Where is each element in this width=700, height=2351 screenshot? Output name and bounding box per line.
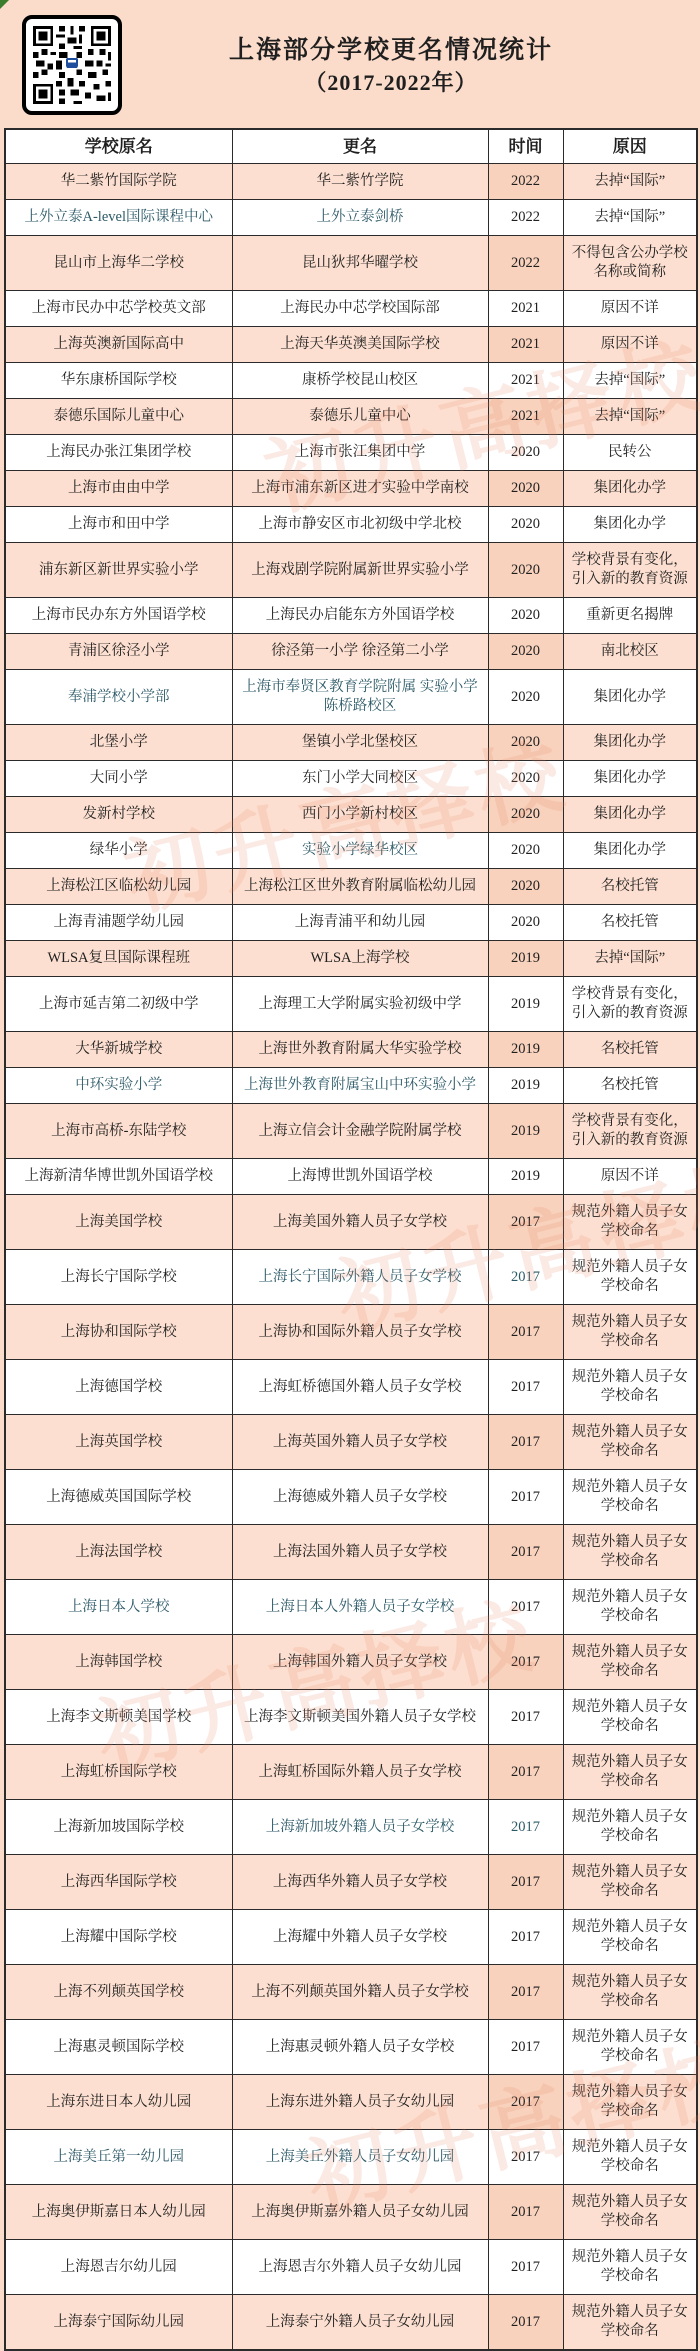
new-cell: 泰德乐儿童中心 [232,399,488,435]
table-row: 上海奥伊斯嘉日本人幼儿园上海奥伊斯嘉外籍人员子女幼儿园2017规范外籍人员子女学… [5,2185,697,2240]
qr-shield-logo [66,58,78,68]
orig-cell: 华二紫竹国际学院 [5,164,232,200]
page-header: 上海部分学校更名情况统计 （2017-2022年） [0,0,700,128]
year-cell: 2017 [488,2240,563,2295]
table-row: 上海市由由中学上海市浦东新区进才实验中学南校2020集团化办学 [5,471,697,507]
table-row: 绿华小学实验小学绿华校区2020集团化办学 [5,833,697,869]
reason-cell: 学校背景有变化，引入新的教育资源 [563,1104,697,1159]
reason-cell: 规范外籍人员子女学校命名 [563,1470,697,1525]
year-cell: 2019 [488,1104,563,1159]
new-cell: 上海不列颠英国外籍人员子女学校 [232,1965,488,2020]
orig-cell: 上海民办张江集团学校 [5,435,232,471]
table-row: 上海市和田中学上海市静安区市北初级中学北校2020集团化办学 [5,507,697,543]
new-cell: 上海市浦东新区进才实验中学南校 [232,471,488,507]
new-cell: 上海世外教育附属宝山中环实验小学 [232,1068,488,1104]
reason-cell: 规范外籍人员子女学校命名 [563,1965,697,2020]
reason-cell: 集团化办学 [563,670,697,725]
orig-cell: 上海虹桥国际学校 [5,1745,232,1800]
new-cell: 上海青浦平和幼儿园 [232,905,488,941]
reason-cell: 重新更名揭牌 [563,598,697,634]
orig-cell: 中环实验小学 [5,1068,232,1104]
table-row: 上海李文斯顿美国学校上海李文斯顿美国外籍人员子女学校2017规范外籍人员子女学校… [5,1690,697,1745]
reason-cell: 规范外籍人员子女学校命名 [563,2240,697,2295]
orig-cell: 上海市高桥-东陆学校 [5,1104,232,1159]
orig-cell: 绿华小学 [5,833,232,869]
new-cell: 上海新加坡外籍人员子女学校 [232,1800,488,1855]
reason-cell: 规范外籍人员子女学校命名 [563,2020,697,2075]
orig-cell: 青浦区徐泾小学 [5,634,232,670]
orig-cell: WLSA复旦国际课程班 [5,941,232,977]
reason-cell: 集团化办学 [563,471,697,507]
table-row: 上海泰宁国际幼儿园上海泰宁外籍人员子女幼儿园2017规范外籍人员子女学校命名 [5,2295,697,2351]
orig-cell: 上海东进日本人幼儿园 [5,2075,232,2130]
reason-cell: 原因不详 [563,327,697,363]
table-row: 上海德国学校上海虹桥德国外籍人员子女学校2017规范外籍人员子女学校命名 [5,1360,697,1415]
reason-cell: 规范外籍人员子女学校命名 [563,2185,697,2240]
reason-cell: 学校背景有变化，引入新的教育资源 [563,543,697,598]
reason-cell: 规范外籍人员子女学校命名 [563,2295,697,2351]
reason-cell: 原因不详 [563,291,697,327]
new-cell: 华二紫竹学院 [232,164,488,200]
reason-cell: 规范外籍人员子女学校命名 [563,1250,697,1305]
year-cell: 2021 [488,363,563,399]
reason-cell: 集团化办学 [563,833,697,869]
orig-cell: 上海市和田中学 [5,507,232,543]
rename-table: 学校原名 更名 时间 原因 华二紫竹国际学院华二紫竹学院2022去掉“国际”上外… [4,128,698,2351]
orig-cell: 上外立泰A-level国际课程中心 [5,200,232,236]
new-cell: 上海戏剧学院附属新世界实验小学 [232,543,488,598]
new-cell: 上海美丘外籍人员子女幼儿园 [232,2130,488,2185]
orig-cell: 上海新清华博世凯外国语学校 [5,1159,232,1195]
table-row: 上海英国学校上海英国外籍人员子女学校2017规范外籍人员子女学校命名 [5,1415,697,1470]
orig-cell: 上海李文斯顿美国学校 [5,1690,232,1745]
year-cell: 2017 [488,1965,563,2020]
year-cell: 2020 [488,507,563,543]
year-cell: 2017 [488,1250,563,1305]
table-row: 中环实验小学上海世外教育附属宝山中环实验小学2019名校托管 [5,1068,697,1104]
new-cell: 上海德威外籍人员子女学校 [232,1470,488,1525]
new-cell: 上海协和国际外籍人员子女学校 [232,1305,488,1360]
orig-cell: 上海恩吉尔幼儿园 [5,2240,232,2295]
orig-cell: 昆山市上海华二学校 [5,236,232,291]
year-cell: 2020 [488,869,563,905]
table-row: 上海青浦题学幼儿园上海青浦平和幼儿园2020名校托管 [5,905,697,941]
table-row: 上海市民办中芯学校英文部上海民办中芯学校国际部2021原因不详 [5,291,697,327]
reason-cell: 去掉“国际” [563,399,697,435]
year-cell: 2020 [488,797,563,833]
reason-cell: 规范外籍人员子女学校命名 [563,1635,697,1690]
orig-cell: 浦东新区新世界实验小学 [5,543,232,598]
year-cell: 2020 [488,670,563,725]
new-cell: 上海惠灵顿外籍人员子女学校 [232,2020,488,2075]
reason-cell: 规范外籍人员子女学校命名 [563,1690,697,1745]
table-row: 大同小学东门小学大同校区2020集团化办学 [5,761,697,797]
orig-cell: 发新村学校 [5,797,232,833]
col-header-year: 时间 [488,129,563,164]
orig-cell: 上海松江区临松幼儿园 [5,869,232,905]
new-cell: 上海法国外籍人员子女学校 [232,1525,488,1580]
reason-cell: 去掉“国际” [563,164,697,200]
reason-cell: 规范外籍人员子女学校命名 [563,1415,697,1470]
reason-cell: 规范外籍人员子女学校命名 [563,1195,697,1250]
title-block: 上海部分学校更名情况统计 （2017-2022年） [122,33,690,98]
new-cell: 上海松江区世外教育附属临松幼儿园 [232,869,488,905]
table-row: 上海法国学校上海法国外籍人员子女学校2017规范外籍人员子女学校命名 [5,1525,697,1580]
reason-cell: 名校托管 [563,869,697,905]
new-cell: 上海日本人外籍人员子女学校 [232,1580,488,1635]
orig-cell: 上海协和国际学校 [5,1305,232,1360]
col-header-original-name: 学校原名 [5,129,232,164]
year-cell: 2020 [488,634,563,670]
reason-cell: 学校背景有变化，引入新的教育资源 [563,977,697,1032]
orig-cell: 上海长宁国际学校 [5,1250,232,1305]
new-cell: 上海东进外籍人员子女幼儿园 [232,2075,488,2130]
year-cell: 2021 [488,399,563,435]
orig-cell: 上海市由由中学 [5,471,232,507]
year-cell: 2020 [488,543,563,598]
year-cell: 2017 [488,1360,563,1415]
new-cell: 上外立泰剑桥 [232,200,488,236]
table-row: 华东康桥国际学校康桥学校昆山校区2021去掉“国际” [5,363,697,399]
qr-code-icon [30,23,114,107]
corner-fold-mark [0,0,9,9]
orig-cell: 上海惠灵顿国际学校 [5,2020,232,2075]
table-row: 上海长宁国际学校上海长宁国际外籍人员子女学校2017规范外籍人员子女学校命名 [5,1250,697,1305]
table-row: 上海德威英国国际学校上海德威外籍人员子女学校2017规范外籍人员子女学校命名 [5,1470,697,1525]
table-row: WLSA复旦国际课程班WLSA上海学校2019去掉“国际” [5,941,697,977]
year-cell: 2019 [488,1068,563,1104]
reason-cell: 规范外籍人员子女学校命名 [563,1360,697,1415]
table-row: 大华新城学校上海世外教育附属大华实验学校2019名校托管 [5,1032,697,1068]
year-cell: 2017 [488,2295,563,2351]
table-row: 上海耀中国际学校上海耀中外籍人员子女学校2017规范外籍人员子女学校命名 [5,1910,697,1965]
orig-cell: 上海美丘第一幼儿园 [5,2130,232,2185]
table-row: 青浦区徐泾小学徐泾第一小学 徐泾第二小学2020南北校区 [5,634,697,670]
year-cell: 2017 [488,2075,563,2130]
orig-cell: 上海市延吉第二初级中学 [5,977,232,1032]
table-row: 上海不列颠英国学校上海不列颠英国外籍人员子女学校2017规范外籍人员子女学校命名 [5,1965,697,2020]
orig-cell: 上海西华国际学校 [5,1855,232,1910]
year-cell: 2017 [488,1745,563,1800]
reason-cell: 集团化办学 [563,797,697,833]
orig-cell: 上海市民办中芯学校英文部 [5,291,232,327]
table-row: 浦东新区新世界实验小学上海戏剧学院附属新世界实验小学2020学校背景有变化，引入… [5,543,697,598]
new-cell: 康桥学校昆山校区 [232,363,488,399]
orig-cell: 大华新城学校 [5,1032,232,1068]
reason-cell: 原因不详 [563,1159,697,1195]
orig-cell: 大同小学 [5,761,232,797]
orig-cell: 上海市民办东方外国语学校 [5,598,232,634]
table-row: 上海美丘第一幼儿园上海美丘外籍人员子女幼儿园2017规范外籍人员子女学校命名 [5,2130,697,2185]
reason-cell: 集团化办学 [563,761,697,797]
orig-cell: 上海英国学校 [5,1415,232,1470]
new-cell: 东门小学大同校区 [232,761,488,797]
table-row: 上海恩吉尔幼儿园上海恩吉尔外籍人员子女幼儿园2017规范外籍人员子女学校命名 [5,2240,697,2295]
table-header: 学校原名 更名 时间 原因 [5,129,697,164]
col-header-reason: 原因 [563,129,697,164]
reason-cell: 去掉“国际” [563,200,697,236]
year-cell: 2017 [488,1855,563,1910]
year-cell: 2017 [488,1910,563,1965]
year-cell: 2020 [488,598,563,634]
new-cell: 上海恩吉尔外籍人员子女幼儿园 [232,2240,488,2295]
reason-cell: 不得包含公办学校名称或简称 [563,236,697,291]
reason-cell: 规范外籍人员子女学校命名 [563,1745,697,1800]
year-cell: 2017 [488,1635,563,1690]
reason-cell: 民转公 [563,435,697,471]
reason-cell: 名校托管 [563,1032,697,1068]
new-cell: 上海天华英澳美国际学校 [232,327,488,363]
table-row: 上海市高桥-东陆学校上海立信会计金融学院附属学校2019学校背景有变化，引入新的… [5,1104,697,1159]
col-header-new-name: 更名 [232,129,488,164]
year-cell: 2020 [488,471,563,507]
reason-cell: 规范外籍人员子女学校命名 [563,1910,697,1965]
reason-cell: 集团化办学 [563,507,697,543]
reason-cell: 去掉“国际” [563,941,697,977]
table-row: 上海美国学校上海美国外籍人员子女学校2017规范外籍人员子女学校命名 [5,1195,697,1250]
orig-cell: 上海泰宁国际幼儿园 [5,2295,232,2351]
table-row: 奉浦学校小学部上海市奉贤区教育学院附属 实验小学陈桥路校区2020集团化办学 [5,670,697,725]
year-cell: 2017 [488,1305,563,1360]
new-cell: 上海民办启能东方外国语学校 [232,598,488,634]
new-cell: 西门小学新村校区 [232,797,488,833]
new-cell: WLSA上海学校 [232,941,488,977]
year-cell: 2020 [488,833,563,869]
year-cell: 2021 [488,291,563,327]
reason-cell: 规范外籍人员子女学校命名 [563,1855,697,1910]
year-cell: 2019 [488,1159,563,1195]
orig-cell: 上海青浦题学幼儿园 [5,905,232,941]
reason-cell: 规范外籍人员子女学校命名 [563,1580,697,1635]
orig-cell: 上海英澳新国际高中 [5,327,232,363]
orig-cell: 华东康桥国际学校 [5,363,232,399]
year-cell: 2017 [488,2130,563,2185]
new-cell: 徐泾第一小学 徐泾第二小学 [232,634,488,670]
year-cell: 2020 [488,435,563,471]
table-row: 上海新清华博世凯外国语学校上海博世凯外国语学校2019原因不详 [5,1159,697,1195]
table-row: 上海市延吉第二初级中学上海理工大学附属实验初级中学2019学校背景有变化，引入新… [5,977,697,1032]
new-cell: 实验小学绿华校区 [232,833,488,869]
new-cell: 上海西华外籍人员子女学校 [232,1855,488,1910]
table-row: 上海市民办东方外国语学校上海民办启能东方外国语学校2020重新更名揭牌 [5,598,697,634]
year-cell: 2019 [488,977,563,1032]
reason-cell: 规范外籍人员子女学校命名 [563,1525,697,1580]
new-cell: 上海虹桥国际外籍人员子女学校 [232,1745,488,1800]
year-cell: 2017 [488,1525,563,1580]
new-cell: 上海博世凯外国语学校 [232,1159,488,1195]
table-row: 华二紫竹国际学院华二紫竹学院2022去掉“国际” [5,164,697,200]
orig-cell: 上海韩国学校 [5,1635,232,1690]
new-cell: 上海长宁国际外籍人员子女学校 [232,1250,488,1305]
new-cell: 上海理工大学附属实验初级中学 [232,977,488,1032]
orig-cell: 泰德乐国际儿童中心 [5,399,232,435]
reason-cell: 名校托管 [563,905,697,941]
reason-cell: 名校托管 [563,1068,697,1104]
new-cell: 堡镇小学北堡校区 [232,725,488,761]
orig-cell: 上海美国学校 [5,1195,232,1250]
year-cell: 2019 [488,941,563,977]
new-cell: 上海市张江集团中学 [232,435,488,471]
new-cell: 上海耀中外籍人员子女学校 [232,1910,488,1965]
reason-cell: 规范外籍人员子女学校命名 [563,2130,697,2185]
year-cell: 2021 [488,327,563,363]
table-row: 上海惠灵顿国际学校上海惠灵顿外籍人员子女学校2017规范外籍人员子女学校命名 [5,2020,697,2075]
table-row: 上海松江区临松幼儿园上海松江区世外教育附属临松幼儿园2020名校托管 [5,869,697,905]
year-cell: 2020 [488,725,563,761]
reason-cell: 规范外籍人员子女学校命名 [563,1800,697,1855]
year-cell: 2017 [488,1690,563,1745]
orig-cell: 上海新加坡国际学校 [5,1800,232,1855]
reason-cell: 规范外籍人员子女学校命名 [563,1305,697,1360]
new-cell: 上海奥伊斯嘉外籍人员子女幼儿园 [232,2185,488,2240]
table-row: 上海东进日本人幼儿园上海东进外籍人员子女幼儿园2017规范外籍人员子女学校命名 [5,2075,697,2130]
new-cell: 上海韩国外籍人员子女学校 [232,1635,488,1690]
new-cell: 上海李文斯顿美国外籍人员子女学校 [232,1690,488,1745]
year-cell: 2020 [488,905,563,941]
year-cell: 2017 [488,1470,563,1525]
orig-cell: 上海日本人学校 [5,1580,232,1635]
table-header-row: 学校原名 更名 时间 原因 [5,129,697,164]
year-cell: 2017 [488,2020,563,2075]
table-body: 华二紫竹国际学院华二紫竹学院2022去掉“国际”上外立泰A-level国际课程中… [5,164,697,2351]
table-row: 上海民办张江集团学校上海市张江集团中学2020民转公 [5,435,697,471]
page-title: 上海部分学校更名情况统计 [122,33,660,69]
year-cell: 2020 [488,761,563,797]
new-cell: 昆山狄邦华曜学校 [232,236,488,291]
table-row: 上外立泰A-level国际课程中心上外立泰剑桥2022去掉“国际” [5,200,697,236]
orig-cell: 奉浦学校小学部 [5,670,232,725]
year-cell: 2017 [488,2185,563,2240]
year-cell: 2022 [488,236,563,291]
page-subtitle: （2017-2022年） [122,69,660,98]
new-cell: 上海英国外籍人员子女学校 [232,1415,488,1470]
new-cell: 上海泰宁外籍人员子女幼儿园 [232,2295,488,2351]
table-row: 上海英澳新国际高中上海天华英澳美国际学校2021原因不详 [5,327,697,363]
table-row: 上海日本人学校上海日本人外籍人员子女学校2017规范外籍人员子女学校命名 [5,1580,697,1635]
year-cell: 2017 [488,1580,563,1635]
year-cell: 2017 [488,1195,563,1250]
year-cell: 2022 [488,164,563,200]
new-cell: 上海立信会计金融学院附属学校 [232,1104,488,1159]
table-row: 上海西华国际学校上海西华外籍人员子女学校2017规范外籍人员子女学校命名 [5,1855,697,1910]
reason-cell: 规范外籍人员子女学校命名 [563,2075,697,2130]
orig-cell: 上海德威英国国际学校 [5,1470,232,1525]
new-cell: 上海美国外籍人员子女学校 [232,1195,488,1250]
orig-cell: 上海不列颠英国学校 [5,1965,232,2020]
reason-cell: 去掉“国际” [563,363,697,399]
table-row: 北堡小学堡镇小学北堡校区2020集团化办学 [5,725,697,761]
new-cell: 上海虹桥德国外籍人员子女学校 [232,1360,488,1415]
qr-code [22,15,122,115]
table-row: 上海协和国际学校上海协和国际外籍人员子女学校2017规范外籍人员子女学校命名 [5,1305,697,1360]
new-cell: 上海市静安区市北初级中学北校 [232,507,488,543]
orig-cell: 上海奥伊斯嘉日本人幼儿园 [5,2185,232,2240]
year-cell: 2022 [488,200,563,236]
table-row: 上海韩国学校上海韩国外籍人员子女学校2017规范外籍人员子女学校命名 [5,1635,697,1690]
table-row: 发新村学校西门小学新村校区2020集团化办学 [5,797,697,833]
orig-cell: 北堡小学 [5,725,232,761]
new-cell: 上海市奉贤区教育学院附属 实验小学陈桥路校区 [232,670,488,725]
table-row: 泰德乐国际儿童中心泰德乐儿童中心2021去掉“国际” [5,399,697,435]
new-cell: 上海民办中芯学校国际部 [232,291,488,327]
reason-cell: 集团化办学 [563,725,697,761]
orig-cell: 上海法国学校 [5,1525,232,1580]
reason-cell: 南北校区 [563,634,697,670]
year-cell: 2017 [488,1800,563,1855]
table-row: 上海新加坡国际学校上海新加坡外籍人员子女学校2017规范外籍人员子女学校命名 [5,1800,697,1855]
year-cell: 2017 [488,1415,563,1470]
table-row: 昆山市上海华二学校昆山狄邦华曜学校2022不得包含公办学校名称或简称 [5,236,697,291]
new-cell: 上海世外教育附属大华实验学校 [232,1032,488,1068]
year-cell: 2019 [488,1032,563,1068]
orig-cell: 上海德国学校 [5,1360,232,1415]
table-row: 上海虹桥国际学校上海虹桥国际外籍人员子女学校2017规范外籍人员子女学校命名 [5,1745,697,1800]
orig-cell: 上海耀中国际学校 [5,1910,232,1965]
